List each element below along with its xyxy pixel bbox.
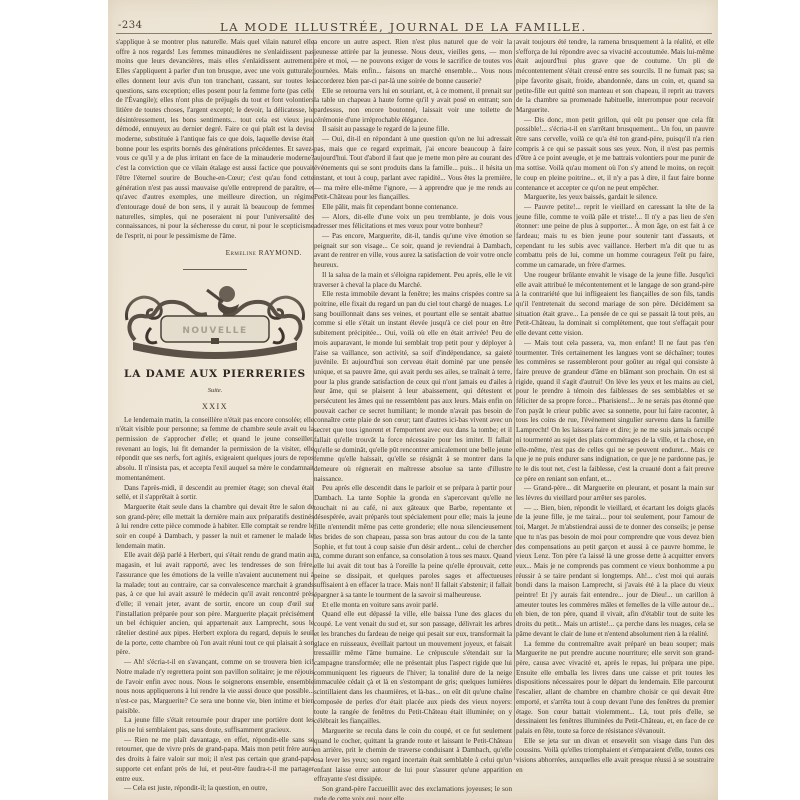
story-paragraph: Il saisit au passage le regard de la jeu…: [314, 125, 512, 135]
story-paragraph: Elle se jeta sur un divan et ensevelit s…: [516, 737, 714, 776]
story-paragraph: Quand elle eut dépassé la ville, elle ba…: [314, 610, 512, 726]
story-paragraph: — Ah! s'écria-t-il en s'avançant, comme …: [116, 658, 314, 716]
header-rule: [116, 33, 712, 34]
story-paragraph: Marguerite était seule dans la chambre q…: [116, 503, 314, 552]
story-paragraph: Le lendemain matin, la conseillère n'éta…: [116, 416, 314, 484]
story-paragraph: — Rien ne me plaît davantage, en effet, …: [116, 736, 314, 785]
story-paragraph: — Mais tout cela passera, va, mon enfant…: [516, 339, 714, 485]
ornamental-scroll-icon: NOUVELLE: [121, 280, 309, 360]
story-paragraph: — ... Bien, bien, répondit le vieillard,…: [516, 504, 714, 640]
section-rule: [183, 269, 247, 270]
nouvelle-ornament-illustration: NOUVELLE: [121, 280, 309, 360]
story-paragraph: Dans l'après-midi, il descendit au premi…: [116, 484, 314, 503]
story-paragraph: Et elle monta en voiture sans avoir parl…: [314, 601, 512, 611]
story-paragraph: — Pauvre petite!... reprit le vieillard …: [516, 203, 714, 271]
story-paragraph: Elle resta immobile devant la fenêtre; l…: [314, 290, 512, 484]
suite-label: Suite.: [116, 386, 314, 396]
story-paragraph: — Alors, dit-elle d'une voix un peu trem…: [314, 213, 512, 232]
column-3: avait toujours été tendre, la ramena bru…: [516, 38, 714, 775]
story-paragraph: Il la salua de la main et s'éloigna rapi…: [314, 271, 512, 290]
story-paragraph: Elle avait déjà parlé à Herbert, qui s'é…: [116, 551, 314, 658]
story-paragraph: — Cela est juste, répondit-il; la questi…: [116, 784, 314, 794]
story-paragraph: Son grand-père l'accueillit avec des exc…: [314, 785, 512, 800]
page-number: -234: [118, 20, 142, 31]
masthead-title: LA MODE ILLUSTRÉE, JOURNAL DE LA FAMILLE…: [220, 20, 587, 34]
story-paragraph: a encore un autre aspect. Rien n'est plu…: [314, 38, 512, 87]
story-paragraph: Une rougeur brûlante envahit le visage d…: [516, 271, 714, 339]
story-paragraph: — Pas encore, Marguerite, dit-il, tandis…: [314, 232, 512, 271]
author-signature: Ermeline RAYMOND.: [116, 248, 302, 258]
story-paragraph: Elle se retourna vers lui en souriant, e…: [314, 87, 512, 126]
column-1: s'applique à se montrer plus naturelle. …: [116, 38, 314, 794]
story-paragraph: Elle pâlit, mais fit cependant bonne con…: [314, 203, 512, 213]
story-title: LA DAME AUX PIERRERIES: [116, 370, 314, 380]
story-paragraph: — Dis donc, mon petit grillon, qui eût p…: [516, 116, 714, 194]
chapter-number: XXIX: [116, 402, 314, 412]
ornament-label: NOUVELLE: [182, 326, 247, 336]
essay-paragraph: s'applique à se montrer plus naturelle. …: [116, 38, 314, 242]
story-paragraph: Marguerite, les yeux baissés, gardait le…: [516, 193, 714, 203]
story-paragraph: — Grand-père... dit Marguerite en pleura…: [516, 484, 714, 503]
story-paragraph: La jeune fille s'était retournée pour dr…: [116, 716, 314, 735]
story-paragraph: — Oui, dit-il en répondant à une questio…: [314, 135, 512, 203]
column-divider: [514, 40, 515, 760]
story-paragraph: Peu après elle descendit dans le parloir…: [314, 484, 512, 600]
newspaper-page: -234 LA MODE ILLUSTRÉE, JOURNAL DE LA FA…: [108, 0, 718, 800]
column-2: a encore un autre aspect. Rien n'est plu…: [314, 38, 512, 800]
story-paragraph: Marguerite se recula dans le coin du cou…: [314, 727, 512, 785]
story-paragraph: avait toujours été tendre, la ramena bru…: [516, 38, 714, 116]
story-paragraph: La femme du contremaître avait préparé u…: [516, 640, 714, 737]
